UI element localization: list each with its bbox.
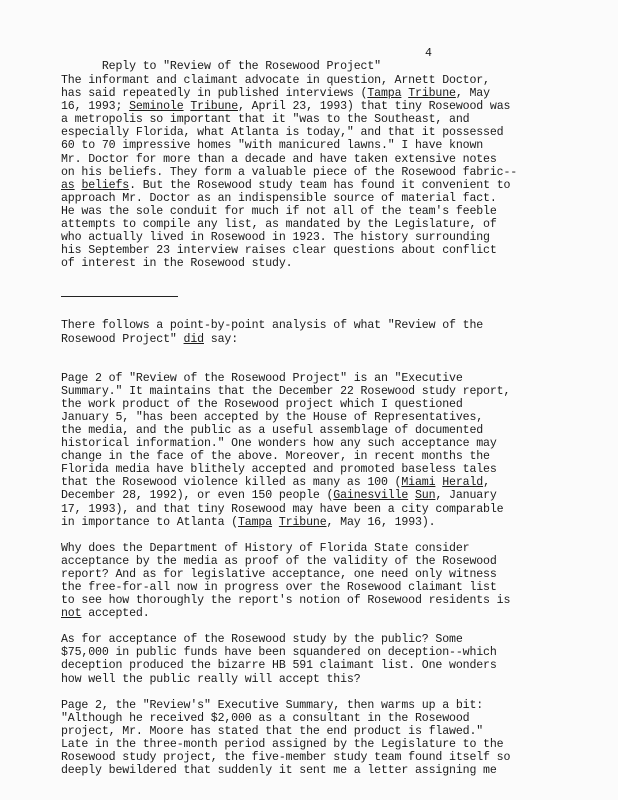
text-run: . But the Rosewood study team has found … — [129, 179, 510, 192]
text-run: $75,000 in public funds have been squand… — [61, 646, 497, 659]
text-run: approach Mr. Doctor as an indispensible … — [61, 192, 497, 205]
text-line: on his beliefs. They form a valuable pie… — [61, 166, 611, 179]
text-line: Late in the three-month period assigned … — [61, 738, 611, 751]
text-run: 16, 1993; — [61, 100, 129, 113]
text-line: attempts to compile any list, as mandate… — [61, 218, 611, 231]
paragraph-media-acceptance: Why does the Department of History of Fl… — [61, 542, 611, 621]
text-line: approach Mr. Doctor as an indispensible … — [61, 192, 611, 205]
text-line: change in the face of the above. Moreove… — [61, 450, 611, 463]
text-run: in importance to Atlanta ( — [61, 516, 238, 529]
text-run: "Although he received $2,000 as a consul… — [61, 712, 469, 725]
text-run: Rosewood Project" — [61, 333, 184, 346]
underlined-citation: Gainesville — [333, 489, 408, 502]
text-line: 17, 1993), and that tiny Rosewood may ha… — [61, 503, 611, 516]
underlined-citation: as — [61, 179, 75, 192]
text-line: to see how thoroughly the report's notio… — [61, 594, 611, 607]
text-line: of interest in the Rosewood study. — [61, 257, 611, 270]
text-line: the work product of the Rosewood project… — [61, 398, 611, 411]
text-run: the free-for-all now in progress over th… — [61, 581, 497, 594]
text-run: that the Rosewood violence killed as man… — [61, 476, 401, 489]
text-line: Rosewood Project" did say: — [61, 333, 611, 346]
text-run: especially Florida, what Atlanta is toda… — [61, 126, 503, 139]
underlined-citation: Tampa — [238, 516, 272, 529]
document-body: Reply to "Review of the Rosewood Project… — [61, 47, 611, 790]
text-line: Page 2, the "Review's" Executive Summary… — [61, 699, 611, 712]
text-line: as beliefs. But the Rosewood study team … — [61, 179, 611, 192]
text-run: Page 2 of "Review of the Rosewood Projec… — [61, 372, 463, 385]
text-line: Why does the Department of History of Fl… — [61, 542, 611, 555]
text-run: deeply bewildered that suddenly it sent … — [61, 764, 497, 777]
text-run: January 5, "has been accepted by the Hou… — [61, 411, 483, 424]
text-run: attempts to compile any list, as mandate… — [61, 218, 497, 231]
text-run: , May — [456, 87, 490, 100]
text-run: Late in the three-month period assigned … — [61, 738, 503, 751]
paragraph-executive-summary: Page 2 of "Review of the Rosewood Projec… — [61, 372, 611, 529]
underlined-citation: not — [61, 607, 81, 620]
text-run: deception produced the bizarre HB 591 cl… — [61, 659, 497, 672]
underlined-citation: Tribune — [279, 516, 327, 529]
text-run: accepted. — [81, 607, 149, 620]
text-line: He was the sole conduit for much if not … — [61, 205, 611, 218]
text-line: "Although he received $2,000 as a consul… — [61, 712, 611, 725]
text-run — [272, 516, 279, 529]
text-line: his September 23 interview raises clear … — [61, 244, 611, 257]
text-run: , May 16, 1993). — [327, 516, 436, 529]
underlined-citation: Tribune — [408, 87, 456, 100]
text-line: As for acceptance of the Rosewood study … — [61, 633, 611, 646]
text-run: The informant and claimant advocate in q… — [61, 74, 490, 87]
text-line: deeply bewildered that suddenly it sent … — [61, 764, 611, 777]
text-run: has said repeatedly in published intervi… — [61, 87, 367, 100]
text-line: the free-for-all now in progress over th… — [61, 581, 611, 594]
text-run: how well the public really will accept t… — [61, 673, 361, 686]
text-run: say: — [204, 333, 238, 346]
text-run: a metropolis so important that it "was t… — [61, 113, 469, 126]
text-run: his September 23 interview raises clear … — [61, 244, 497, 257]
underlined-citation: Miami — [401, 476, 435, 489]
text-line: There follows a point-by-point analysis … — [61, 319, 611, 332]
text-line: the media, and the public as a useful as… — [61, 424, 611, 437]
underlined-citation: Tribune — [190, 100, 238, 113]
text-run: the work product of the Rosewood project… — [61, 398, 463, 411]
underlined-citation: Seminole — [129, 100, 183, 113]
text-line: The informant and claimant advocate in q… — [61, 74, 611, 87]
text-line: Mr. Doctor for more than a decade and ha… — [61, 153, 611, 166]
section-divider — [61, 296, 178, 297]
underlined-citation: beliefs — [81, 179, 129, 192]
text-run — [408, 489, 415, 502]
paragraph-analysis-intro: There follows a point-by-point analysis … — [61, 319, 611, 345]
text-line: Florida media have blithely accepted and… — [61, 463, 611, 476]
text-line: has said repeatedly in published intervi… — [61, 87, 611, 100]
text-run: who actually lived in Rosewood in 1923. … — [61, 231, 490, 244]
text-run: to see how thoroughly the report's notio… — [61, 594, 510, 607]
text-run: project, Mr. Moore has stated that the e… — [61, 725, 483, 738]
document-page: Reply to "Review of the Rosewood Project… — [0, 0, 618, 800]
header-title: Reply to "Review of the Rosewood Project… — [102, 60, 381, 73]
text-run: of interest in the Rosewood study. — [61, 257, 292, 270]
text-line: report? And as for legislative acceptanc… — [61, 568, 611, 581]
text-line: especially Florida, what Atlanta is toda… — [61, 126, 611, 139]
text-run: Florida media have blithely accepted and… — [61, 463, 497, 476]
text-run: Mr. Doctor for more than a decade and ha… — [61, 153, 497, 166]
text-run: Page 2, the "Review's" Executive Summary… — [61, 699, 483, 712]
paragraph-public-acceptance: As for acceptance of the Rosewood study … — [61, 633, 611, 685]
text-run: There follows a point-by-point analysis … — [61, 319, 483, 332]
paragraph-informant: The informant and claimant advocate in q… — [61, 74, 611, 270]
text-run: the media, and the public as a useful as… — [61, 424, 483, 437]
text-line: how well the public really will accept t… — [61, 673, 611, 686]
text-run: , January — [435, 489, 496, 502]
text-line: in importance to Atlanta (Tampa Tribune,… — [61, 516, 611, 529]
text-line: acceptance by the media as proof of the … — [61, 555, 611, 568]
text-run: on his beliefs. They form a valuable pie… — [61, 166, 517, 179]
text-run: acceptance by the media as proof of the … — [61, 555, 497, 568]
underlined-citation: Sun — [415, 489, 435, 502]
text-line: that the Rosewood violence killed as man… — [61, 476, 611, 489]
text-line: $75,000 in public funds have been squand… — [61, 646, 611, 659]
text-line: Summary." It maintains that the December… — [61, 385, 611, 398]
text-run: 60 to 70 impressive homes "with manicure… — [61, 139, 483, 152]
underlined-citation: Tampa — [367, 87, 401, 100]
text-run: historical information." One wonders how… — [61, 437, 497, 450]
text-line: December 28, 1992), or even 150 people (… — [61, 489, 611, 502]
text-run: report? And as for legislative acceptanc… — [61, 568, 497, 581]
text-line: historical information." One wonders how… — [61, 437, 611, 450]
text-run: He was the sole conduit for much if not … — [61, 205, 497, 218]
underlined-citation: Herald — [442, 476, 483, 489]
underlined-citation: did — [184, 333, 204, 346]
text-line: January 5, "has been accepted by the Hou… — [61, 411, 611, 424]
text-line: Page 2 of "Review of the Rosewood Projec… — [61, 372, 611, 385]
text-run: , April 23, 1993) that tiny Rosewood was — [238, 100, 510, 113]
text-run: 17, 1993), and that tiny Rosewood may ha… — [61, 503, 503, 516]
text-run: change in the face of the above. Moreove… — [61, 450, 490, 463]
text-line: 60 to 70 impressive homes "with manicure… — [61, 139, 611, 152]
text-run: Summary." It maintains that the December… — [61, 385, 510, 398]
text-run: Why does the Department of History of Fl… — [61, 542, 469, 555]
text-run: As for acceptance of the Rosewood study … — [61, 633, 463, 646]
text-run: December 28, 1992), or even 150 people ( — [61, 489, 333, 502]
page-number: 4 — [425, 47, 432, 60]
text-run: , — [483, 476, 490, 489]
text-line: 16, 1993; Seminole Tribune, April 23, 19… — [61, 100, 611, 113]
text-line: project, Mr. Moore has stated that the e… — [61, 725, 611, 738]
text-line: a metropolis so important that it "was t… — [61, 113, 611, 126]
paragraph-review-warms-up: Page 2, the "Review's" Executive Summary… — [61, 699, 611, 778]
text-line: who actually lived in Rosewood in 1923. … — [61, 231, 611, 244]
text-line: deception produced the bizarre HB 591 cl… — [61, 659, 611, 672]
text-line: not accepted. — [61, 607, 611, 620]
text-run: Rosewood study project, the five-member … — [61, 751, 510, 764]
running-header: Reply to "Review of the Rosewood Project… — [61, 47, 611, 60]
text-line: Rosewood study project, the five-member … — [61, 751, 611, 764]
